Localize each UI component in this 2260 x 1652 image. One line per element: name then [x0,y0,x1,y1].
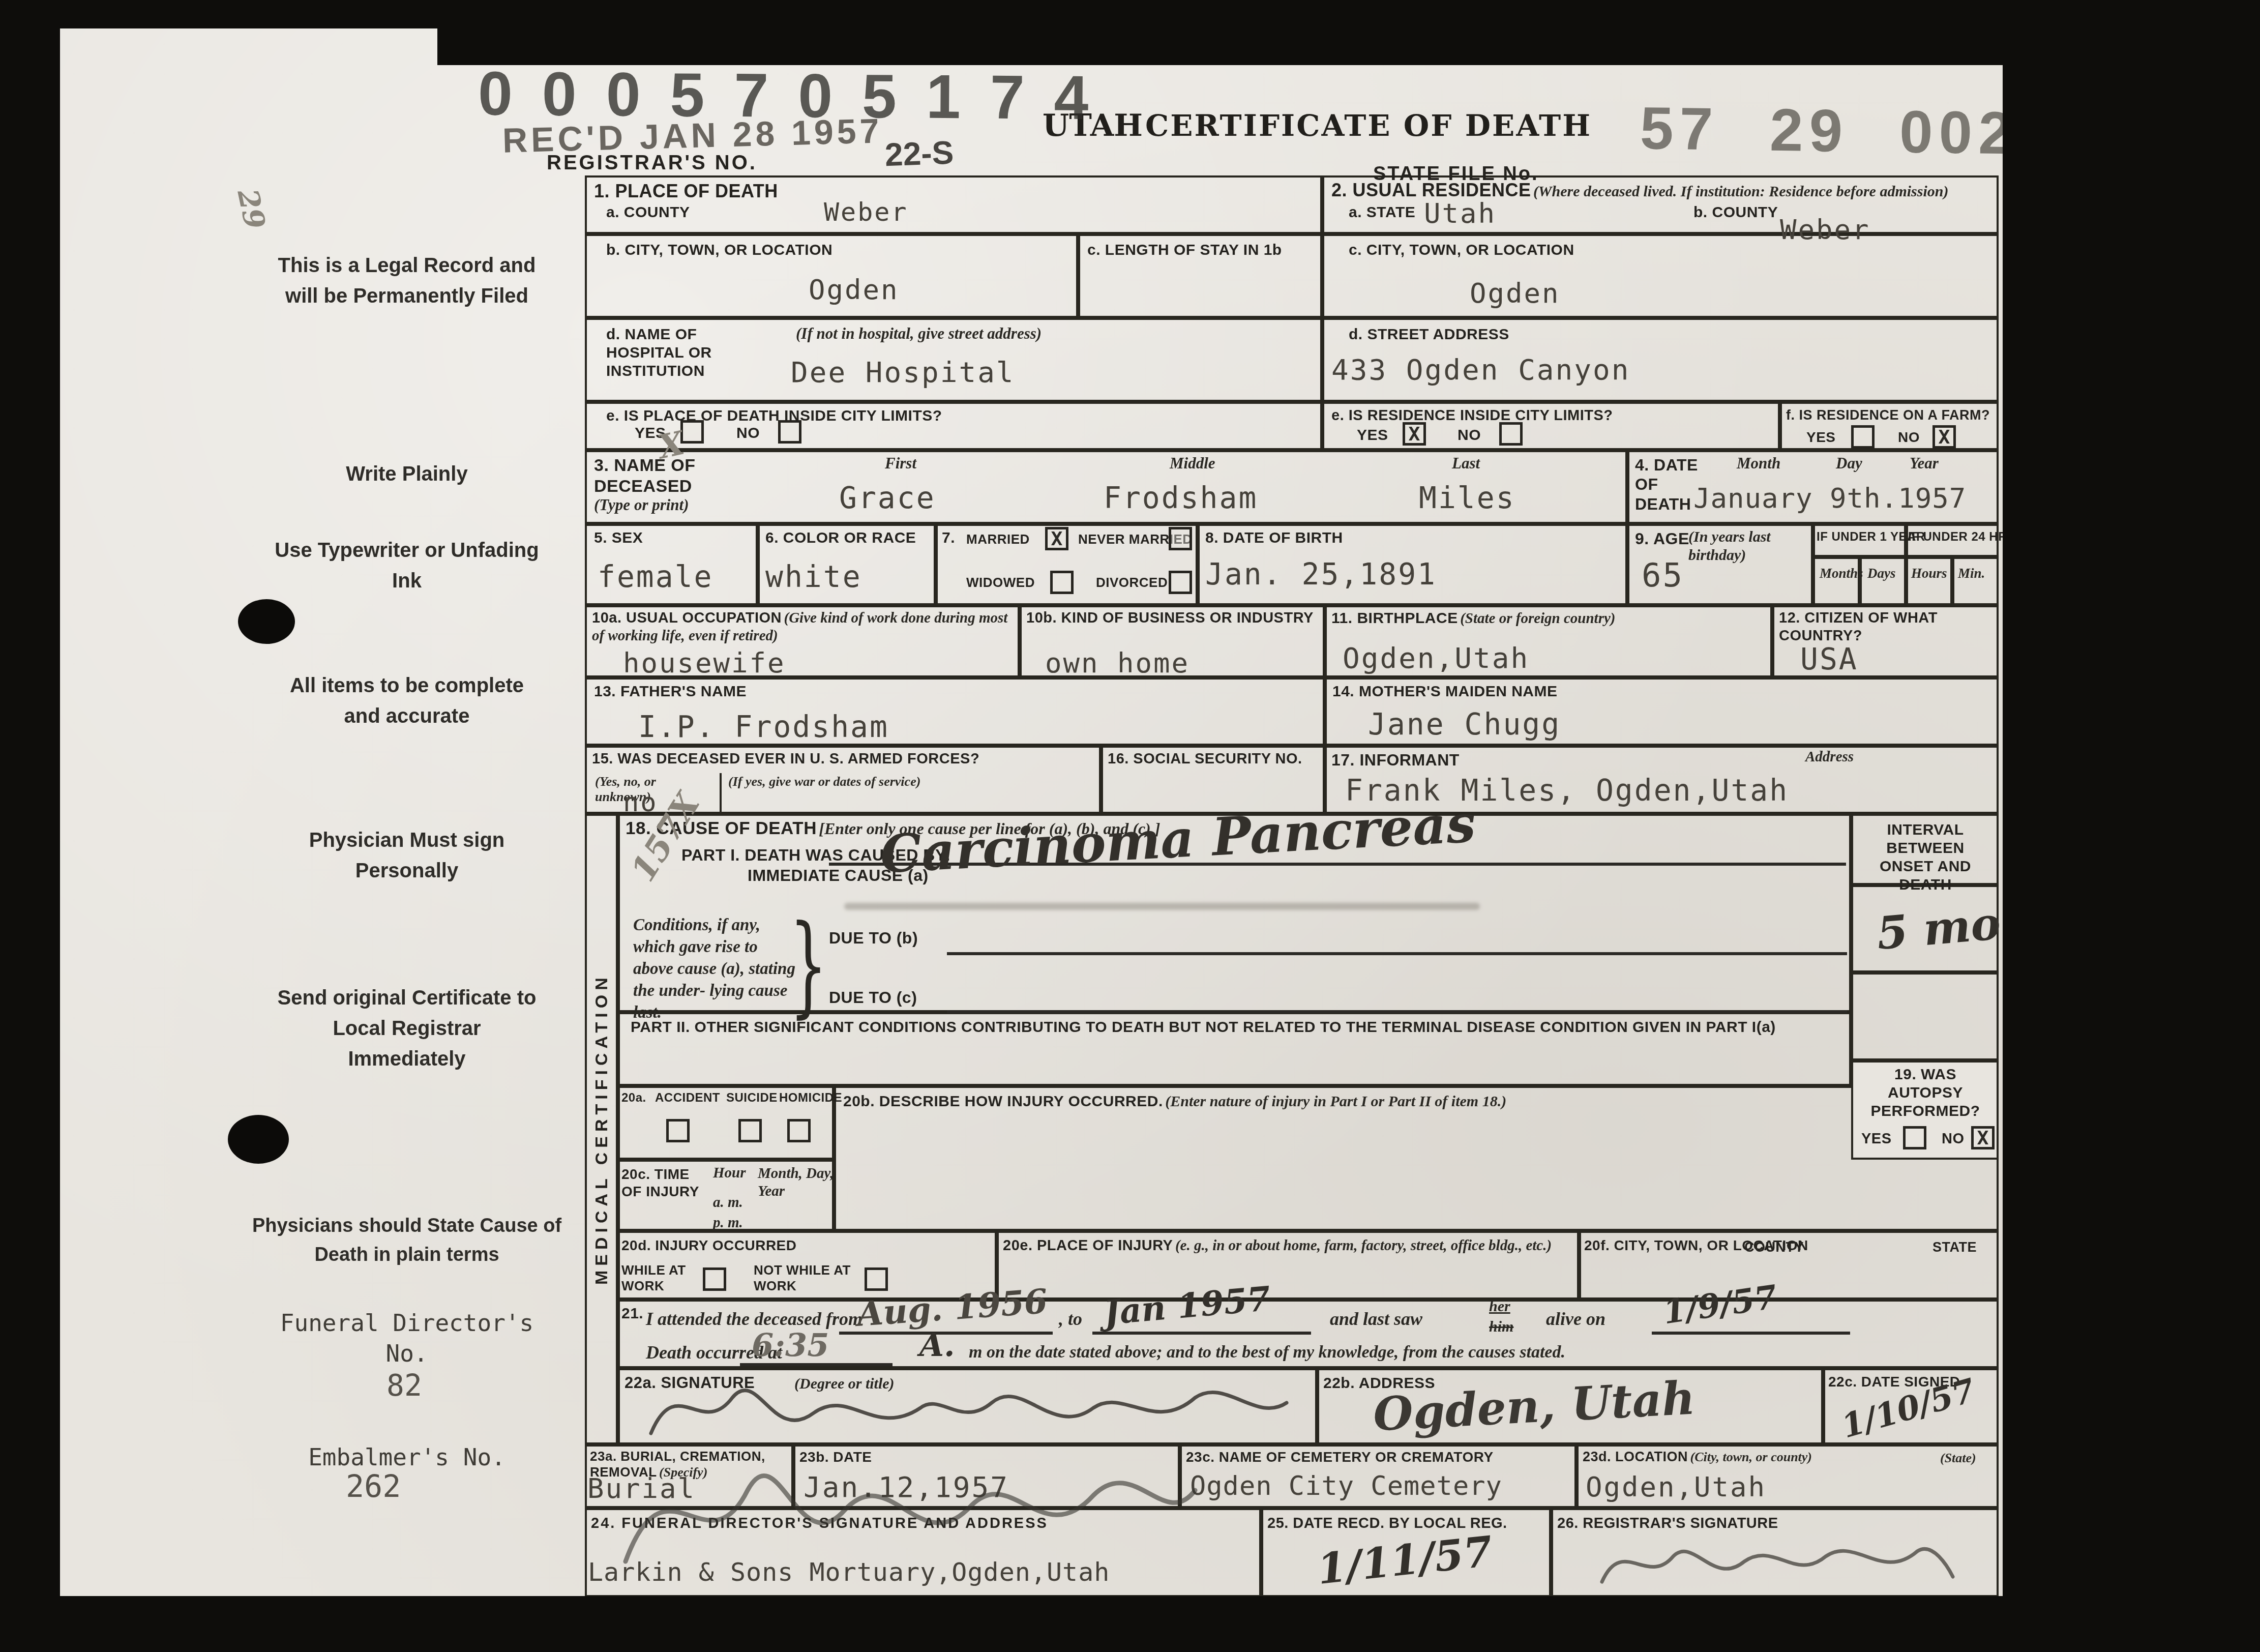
him-word: him [1489,1318,1513,1336]
place-of-death-title: 1. PLACE OF DEATH [594,180,778,202]
residence-county-value: Weber [1780,214,1870,246]
interval-onset-death-label: INTERVAL BETWEEN ONSET AND DEATH [1859,821,1992,894]
funeral-director-no-label: Funeral Director's No. [264,1308,549,1369]
embalmer-no-label: Embalmer's No. [254,1443,559,1471]
street-address-label: d. STREET ADDRESS [1349,326,1509,344]
while-at-work-checkbox[interactable] [703,1267,726,1291]
residence-state-label: a. STATE [1349,203,1415,222]
margin-note-complete: All items to be complete and accurate [275,670,539,731]
due-to-b-label: DUE TO (b) [829,928,918,948]
burial-location-state-note: (State) [1940,1451,1976,1466]
residence-state-value: Utah [1424,197,1496,229]
place-of-injury-label: 20e. PLACE OF INJURY (e. g., in or about… [1003,1237,1572,1255]
hospital-name-value: Dee Hospital [791,356,1015,389]
age-value: 65 [1642,557,1684,595]
residence-farm-no-checkbox[interactable]: X [1932,425,1956,449]
hospital-name-label: d. NAME OF HOSPITAL OR INSTITUTION [606,326,749,380]
ink-smudge [844,903,1480,910]
describe-injury-label: 20b. DESCRIBE HOW INJURY OCCURRED. (Ente… [843,1093,1506,1111]
burial-location-value: Ogden,Utah [1586,1471,1766,1503]
business-industry-label: 10b. KIND OF BUSINESS OR INDUSTRY [1026,609,1321,627]
punch-hole-top [238,599,295,644]
citizen-label: 12. CITIZEN OF WHAT COUNTRY? [1779,609,1993,645]
residence-farm-yes-checkbox[interactable] [1851,425,1875,449]
months-header: Months [1820,566,1863,581]
accident-label: ACCIDENT [655,1091,720,1106]
county-of-death-value: Weber [824,197,908,227]
middle-name-header: Middle [1170,454,1215,473]
registrar-signature [1592,1531,1958,1592]
brace-glyph: } [789,901,827,1029]
informant-address-header: Address [1805,749,1854,765]
death-city-limits-yes-checkbox[interactable] [680,420,704,444]
middle-name-value: Frodsham [1104,481,1258,515]
residence-farm-label: f. IS RESIDENCE ON A FARM? [1786,407,1990,423]
never-married-checkbox[interactable] [1169,527,1192,550]
homicide-checkbox[interactable] [787,1119,811,1142]
funeral-director-signature [605,1434,1241,1582]
accident-row-num: 20a. [621,1091,646,1106]
punch-hole-bottom [228,1115,289,1164]
color-race-value: white [765,559,862,594]
day-header: Day [1836,454,1862,473]
injury-county-header: COUNTY [1744,1239,1804,1255]
fathers-name-label: 13. FATHER'S NAME [594,683,747,701]
autopsy-yes-checkbox[interactable] [1903,1126,1926,1149]
hour-header: Hour [713,1165,746,1182]
first-name-header: First [885,454,916,473]
conditions-note: Conditions, if any, which gave rise to a… [633,914,801,1023]
her-word: her [1489,1298,1510,1315]
birthplace-label-note: (State or foreign country) [1460,610,1615,627]
mothers-maiden-name-value: Jane Chugg [1368,707,1561,742]
autopsy-no-checkbox[interactable]: X [1971,1126,1995,1149]
not-while-at-work-label: NOT WHILE AT WORK [754,1262,855,1294]
last-seen-alive-line [1652,1332,1850,1335]
cell-15-divider [720,773,722,814]
scan-edge-right [2003,0,2260,1652]
informant-label: 17. INFORMANT [1331,750,1460,770]
fathers-name-value: I.P. Frodsham [638,710,889,744]
describe-injury-label-note: (Enter nature of injury in Part I or Par… [1165,1093,1506,1110]
scan-edge-top-right [437,0,2260,65]
usual-residence-title-note: (Where deceased lived. If institution: R… [1533,183,1949,200]
describe-injury-label-text: 20b. DESCRIBE HOW INJURY OCCURRED. [843,1093,1163,1110]
margin-note-typewriter: Use Typewriter or Unfading Ink [264,535,549,596]
injury-state-header: STATE [1932,1239,1977,1255]
due-to-b-line [947,952,1847,955]
last-name-header: Last [1452,454,1480,473]
armed-forces-value: no [623,787,658,818]
death-ampm-value: A. [919,1326,955,1364]
registrar-no-value: 22-S [884,134,955,174]
armed-forces-note2: (If yes, give war or dates of service) [728,774,1094,789]
divorced-label: DIVORCED [1096,575,1168,591]
margin-note-plain-terms: Physicians should State Cause of Death i… [244,1212,570,1270]
suicide-checkbox[interactable] [738,1119,762,1142]
birthplace-label: 11. BIRTHPLACE (State or foreign country… [1331,609,1615,628]
sex-value: female [598,559,713,594]
divorced-checkbox[interactable] [1169,571,1192,594]
death-city-limits-no-checkbox[interactable] [778,420,801,444]
margin-note-physician-sign: Physician Must sign Personally [275,825,539,886]
autopsy-label: 19. WAS AUTOPSY PERFORMED? [1857,1066,1994,1120]
sex-label: 5. SEX [594,529,643,547]
attended-to-line [1092,1332,1311,1335]
while-at-work-label: WHILE AT WORK [621,1262,698,1294]
color-race-label: 6. COLOR OR RACE [765,529,916,547]
margin-note-legal-record: This is a Legal Record and will be Perma… [275,250,539,311]
state-file-no-stamp: 57 29 0027 [1640,94,2058,168]
social-security-label: 16. SOCIAL SECURITY NO. [1108,750,1321,768]
married-label: MARRIED [966,532,1030,547]
burial-location-label-text: 23d. LOCATION [1583,1449,1688,1464]
attended-text4: alive on [1546,1308,1605,1330]
month-header: Month [1737,454,1780,473]
homicide-label: HOMICIDE [779,1091,842,1106]
residence-city-value: Ogden [1470,277,1560,309]
county-of-death-label: a. COUNTY [606,203,690,222]
not-while-at-work-checkbox[interactable] [865,1267,888,1291]
mothers-maiden-name-label: 14. MOTHER'S MAIDEN NAME [1332,683,1558,701]
burial-location-label: 23d. LOCATION (City, town, or county) [1583,1449,1812,1465]
cell-interval-b [1851,972,1999,1060]
first-name-value: Grace [839,481,936,515]
death-occurred-text2: m on the date stated above; and to the b… [969,1343,1565,1362]
residence-farm-no-label: NO [1898,429,1920,446]
residence-city-limits-yes-label: YES [1357,426,1388,445]
death-certificate-scan: 0005705174 REC'D JAN 28 1957 REGISTRAR'S… [0,0,2260,1652]
physician-signature [636,1367,1297,1443]
birthplace-value: Ogden,Utah [1343,642,1529,675]
pm-label: p. m. [713,1215,743,1231]
margin-note-write-plainly: Write Plainly [275,459,539,489]
accident-checkbox[interactable] [666,1119,690,1142]
part2-label: PART II. OTHER SIGNIFICANT CONDITIONS CO… [631,1018,1846,1037]
form-title-rest: CERTIFICATE OF DEATH [1145,108,1592,143]
residence-city-limits-yes-checkbox[interactable]: X [1403,422,1426,446]
occupation-label-text: 10a. USUAL OCCUPATION [592,610,782,626]
marital-num: 7. [942,529,955,547]
date-received-label: 25. DATE RECD. BY LOCAL REG. [1267,1515,1542,1532]
widowed-label: WIDOWED [966,575,1035,591]
residence-city-label: c. CITY, TOWN, OR LOCATION [1349,241,1574,259]
date-of-birth-label: 8. DATE OF BIRTH [1205,529,1343,547]
autopsy-no-label: NO [1942,1130,1965,1148]
length-of-stay-label: c. LENGTH OF STAY IN 1b [1087,241,1316,259]
residence-city-limits-no-label: NO [1458,426,1481,445]
burial-location-label-note: (City, town, or county) [1690,1450,1812,1464]
funeral-director-no-value: 82 [386,1368,422,1403]
widowed-checkbox[interactable] [1050,571,1074,594]
suicide-label: SUICIDE [726,1091,778,1106]
street-address-value: 433 Ogden Canyon [1331,353,1630,387]
due-to-c-line [947,1010,1847,1013]
residence-city-limits-no-checkbox[interactable] [1499,422,1523,446]
date-of-death-value: January 9th.1957 [1693,482,1966,514]
autopsy-yes-label: YES [1861,1130,1892,1148]
attended-num: 21. [621,1305,643,1323]
last-name-value: Miles [1419,481,1515,515]
place-of-injury-label-text: 20e. PLACE OF INJURY [1003,1237,1173,1254]
married-checkbox[interactable]: X [1045,527,1068,550]
residence-county-label: b. COUNTY [1693,203,1778,222]
city-of-death-value: Ogden [809,274,899,306]
name-of-deceased-note: (Type or print) [594,496,689,514]
occupation-value: housewife [623,647,786,679]
scan-edge-bottom [0,1596,2260,1652]
month-day-year-header: Month, Day, Year [758,1165,834,1200]
due-to-c-label: DUE TO (c) [829,988,917,1007]
death-inside-city-limits-label: e. IS PLACE OF DEATH INSIDE CITY LIMITS? [606,407,942,425]
place-of-injury-label-note: (e. g., in or about home, farm, factory,… [1175,1237,1552,1254]
injury-occurred-label: 20d. INJURY OCCURRED [621,1237,797,1254]
margin-note-send-original: Send original Certificate to Local Regis… [275,983,539,1074]
residence-farm-yes-label: YES [1806,429,1836,446]
min-header: Min. [1958,566,1985,581]
attended-text2: , to [1059,1308,1082,1330]
citizen-value: USA [1800,642,1858,676]
death-time-value: 6:35 [752,1326,829,1364]
residence-city-limits-label: e. IS RESIDENCE INSIDE CITY LIMITS? [1331,407,1613,425]
birthplace-label-text: 11. BIRTHPLACE [1331,610,1458,627]
scan-edge-left [0,0,60,1652]
hospital-name-note: (If not in hospital, give street address… [796,324,1042,343]
attended-text3: and last saw [1330,1308,1422,1330]
year-header: Year [1910,454,1939,473]
medical-certification-vertical-label: MEDICAL CERTIFICATION [586,814,617,1444]
hours-header: Hours [1911,566,1947,581]
business-industry-value: own home [1045,647,1190,679]
armed-forces-label: 15. WAS DECEASED EVER IN U. S. ARMED FOR… [592,750,979,768]
age-note: (In years last birthday) [1688,528,1810,565]
days-header: Days [1867,566,1896,581]
date-of-birth-value: Jan. 25,1891 [1205,557,1437,592]
city-of-death-label: b. CITY, TOWN, OR LOCATION [606,241,832,259]
embalmer-no-value: 262 [346,1469,401,1504]
am-label: a. m. [713,1194,743,1211]
registrar-signature-label: 26. REGISTRAR'S SIGNATURE [1557,1515,1778,1532]
occupation-label: 10a. USUAL OCCUPATION (Give kind of work… [592,609,1022,645]
time-of-injury-label: 20c. TIME OF INJURY [621,1166,713,1200]
age-label: 9. AGE [1635,529,1689,548]
death-city-limits-no-label: NO [736,424,760,442]
